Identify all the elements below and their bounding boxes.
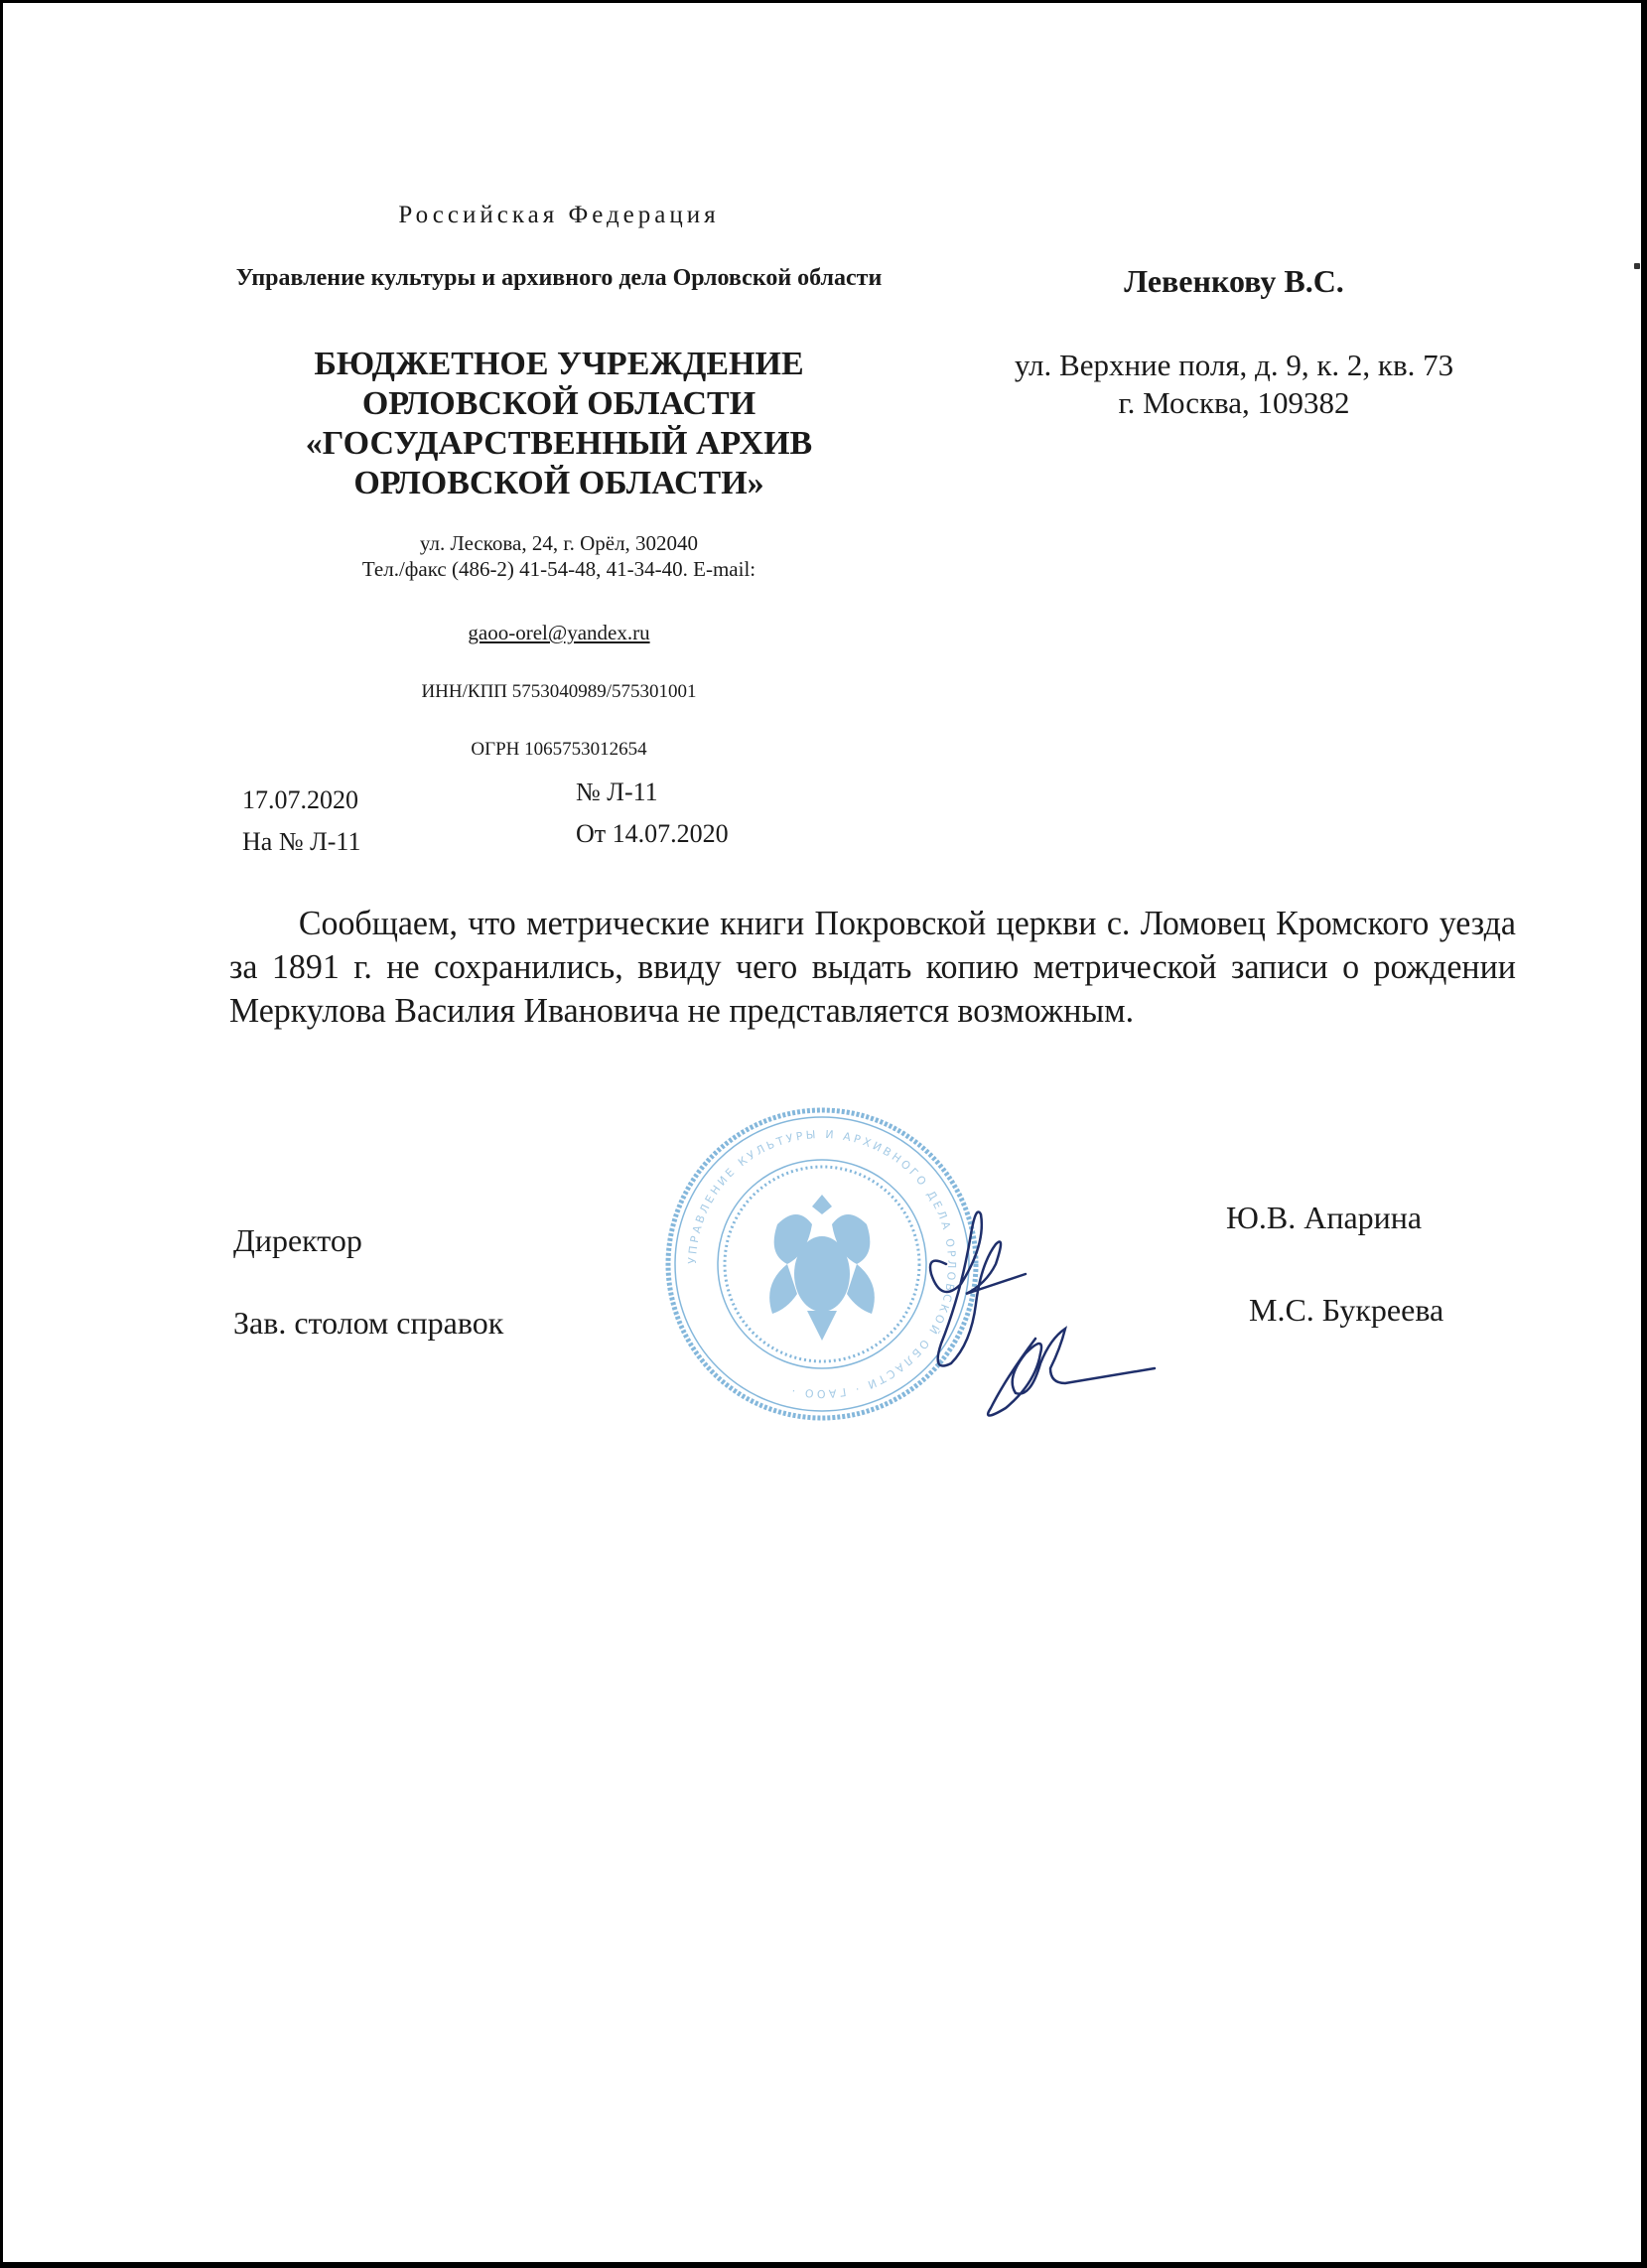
reply-to-number: На № Л-11: [242, 827, 360, 857]
org-line: ОРЛОВСКОЙ ОБЛАСТИ: [241, 384, 877, 424]
org-email: gaoo-orel@yandex.ru: [241, 621, 877, 645]
org-line: БЮДЖЕТНОЕ УЧРЕЖДЕНИЕ: [241, 345, 877, 384]
letter-page: Российская Федерация Управление культуры…: [3, 3, 1641, 2262]
signer-name: Ю.В. Апарина: [1226, 1200, 1422, 1236]
org-ogrn: ОГРН 1065753012654: [241, 739, 877, 761]
recipient-address: ул. Верхние поля, д. 9, к. 2, кв. 73 г. …: [936, 347, 1532, 422]
recipient-name: Левенкову В.С.: [936, 263, 1532, 300]
coat-of-arms-icon: [769, 1195, 875, 1341]
org-address: ул. Лескова, 24, г. Орёл, 302040: [241, 530, 877, 556]
document-date: 17.07.2020: [242, 785, 358, 815]
org-line: ОРЛОВСКОЙ ОБЛАСТИ»: [241, 464, 877, 503]
email-link[interactable]: gaoo-orel@yandex.ru: [468, 621, 649, 644]
signer-position: Директор: [233, 1222, 362, 1259]
recipient-address-line: г. Москва, 109382: [936, 384, 1532, 422]
document-number: № Л-11: [576, 778, 658, 807]
org-line: «ГОСУДАРСТВЕННЫЙ АРХИВ: [241, 424, 877, 464]
organization-name: БЮДЖЕТНОЕ УЧРЕЖДЕНИЕ ОРЛОВСКОЙ ОБЛАСТИ «…: [241, 345, 877, 503]
country-heading: Российская Федерация: [241, 202, 877, 229]
reply-to-date: От 14.07.2020: [576, 819, 729, 849]
signer-position: Зав. столом справок: [233, 1305, 503, 1342]
signer-name: М.С. Букреева: [1249, 1292, 1443, 1329]
ministry-heading: Управление культуры и архивного дела Орл…: [221, 263, 896, 293]
handwritten-signatures: [916, 1195, 1165, 1423]
recipient-address-line: ул. Верхние поля, д. 9, к. 2, кв. 73: [936, 347, 1532, 384]
org-contacts: ул. Лескова, 24, г. Орёл, 302040 Тел./фа…: [241, 530, 877, 582]
signature-icon: [916, 1195, 1165, 1423]
letter-body: Сообщаем, что метрические книги Покровск…: [229, 902, 1516, 1033]
org-phone: Тел./факс (486-2) 41-54-48, 41-34-40. E-…: [241, 556, 877, 582]
scan-artifact: [1634, 263, 1640, 269]
org-inn-kpp: ИНН/КПП 5753040989/575301001: [241, 681, 877, 703]
